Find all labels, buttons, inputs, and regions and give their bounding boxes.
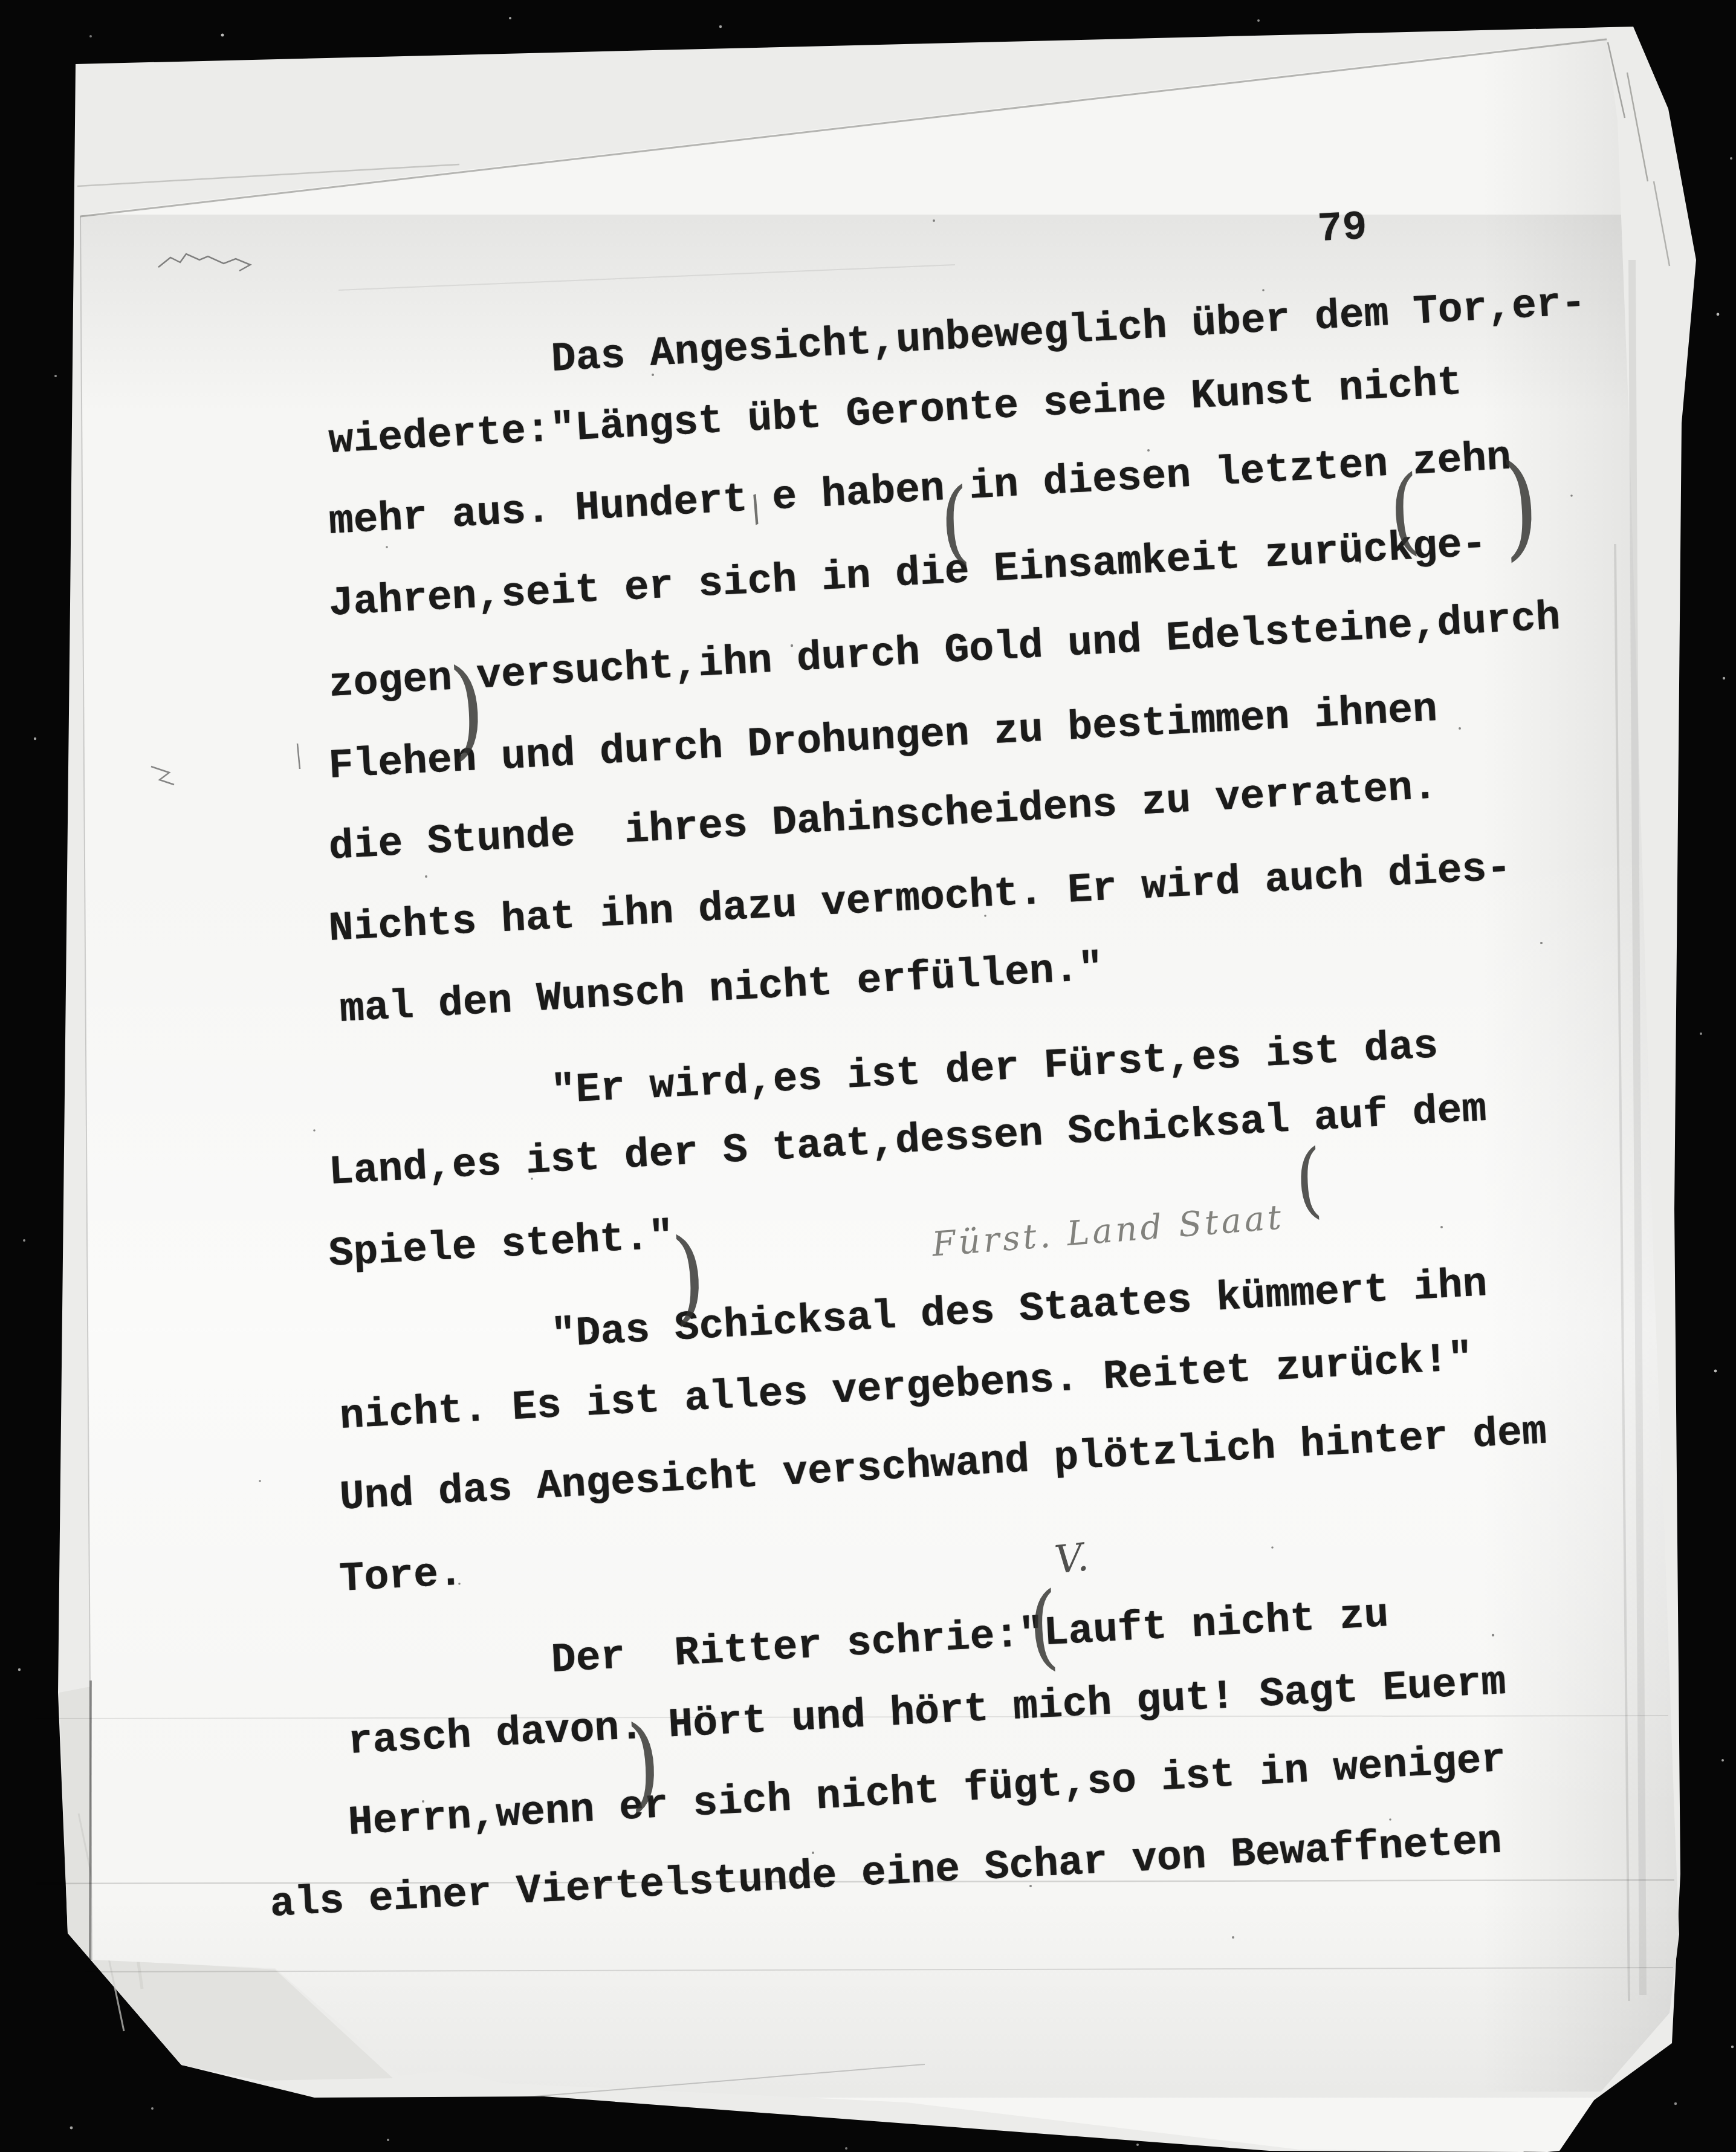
handwritten-paren-close: ) [447, 654, 487, 763]
typescript-line: Nichts hat ihn dazu vermocht. Er wird au… [328, 846, 1512, 951]
handwritten-paren-open: ( [1294, 1138, 1324, 1221]
typescript-line: mal den Wunsch nicht erfüllen." [338, 947, 1104, 1032]
handwritten-check-mark: V. [1053, 1538, 1090, 1580]
handwritten-paren-open: ( [1026, 1580, 1061, 1673]
typescript-line: Tore. [338, 1552, 464, 1601]
scanned-document-screenshot: { "page": { "number": "79" }, "typescrip… [0, 0, 1736, 2152]
handwritten-paren-close: ) [670, 1224, 707, 1327]
handwritten-paren-open: ( [938, 476, 972, 568]
handwritten-paren-open: ( [1387, 462, 1422, 557]
typescript-line: Der Ritter schrie:"Lauft nicht zu [550, 1593, 1390, 1683]
handwritten-paren-close: ) [1499, 449, 1541, 564]
typescript-line: Spiele steht." [328, 1215, 675, 1276]
handwritten-paren-close: ) [625, 1711, 662, 1815]
typescript-block: Das Angesicht,unbeweglich über dem Tor,e… [0, 0, 1736, 2152]
